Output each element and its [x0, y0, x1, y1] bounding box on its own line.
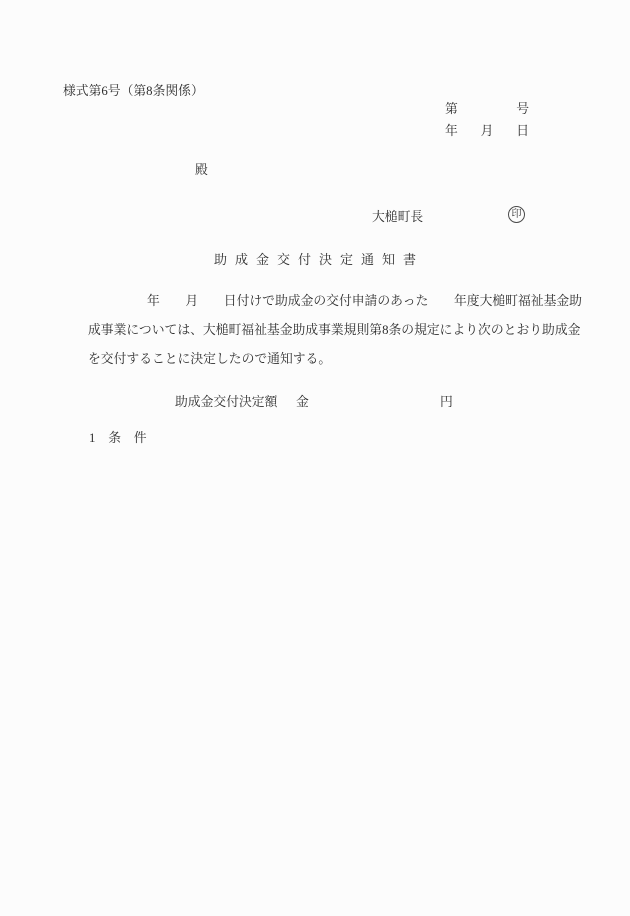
doc-number-prefix: 第: [445, 101, 458, 118]
body-paragraph-line-2: 成事業については、大槌町福祉基金助成事業規則第8条の規定により次のとおり助成金: [88, 322, 580, 339]
body-paragraph-line-1: 年 月 日付けで助成金の交付申請のあった 年度大槌町福祉基金助: [147, 293, 582, 310]
date-day-label: 日: [516, 123, 529, 140]
document-page: 様式第6号（第8条関係） 第 号 年 月 日 殿 大槌町長 印 助成金交付決定通…: [0, 0, 630, 916]
body-paragraph-line-3: を交付することに決定したので通知する。: [88, 351, 331, 368]
date-year-label: 年: [445, 123, 458, 140]
amount-currency-suffix: 円: [440, 394, 453, 411]
seal-char: 印: [512, 210, 522, 220]
form-number-label: 様式第6号（第8条関係）: [63, 83, 204, 100]
issuer-name: 大槌町長: [372, 209, 423, 226]
date-line: 年 月 日: [445, 123, 529, 140]
amount-currency-prefix: 金: [296, 394, 309, 411]
amount-decided-label: 助成金交付決定額: [175, 394, 277, 411]
date-month-label: 月: [481, 123, 494, 140]
document-number-line: 第 号: [445, 101, 529, 118]
document-title: 助成金交付決定通知書: [0, 252, 630, 269]
doc-number-suffix: 号: [516, 101, 529, 118]
addressee-honorific: 殿: [195, 162, 208, 179]
seal-mark-icon: 印: [508, 206, 525, 223]
conditions-heading: 1 条 件: [89, 430, 147, 447]
